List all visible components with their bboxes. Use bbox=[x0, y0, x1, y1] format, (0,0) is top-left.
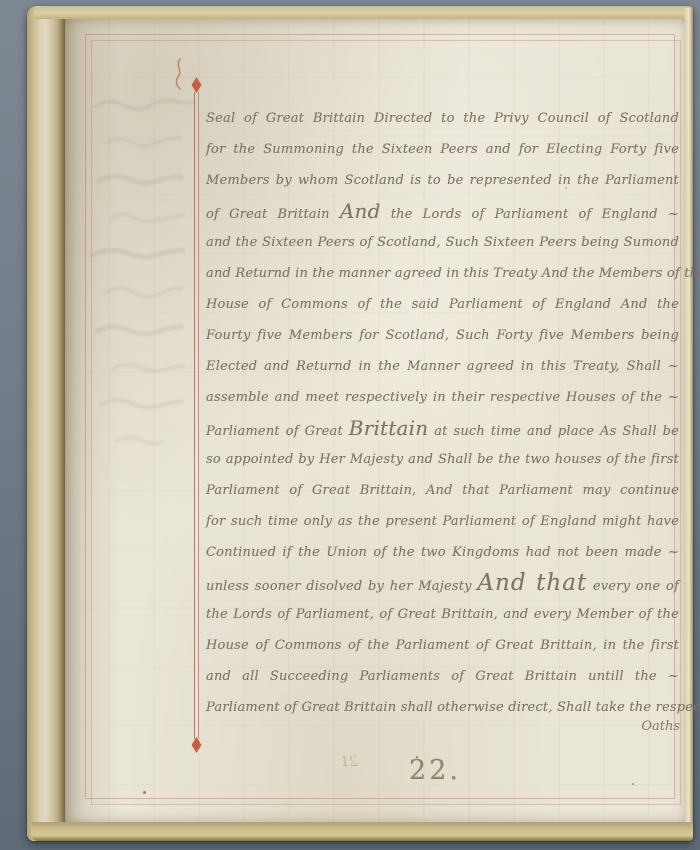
manuscript-line: and Returnd in the manner agreed in this… bbox=[206, 258, 679, 289]
manuscript-line-segment: Members by whom Scotland is to be repres… bbox=[206, 173, 679, 188]
manuscript-line-segment: at such time and place As Shall be bbox=[428, 424, 679, 439]
manuscript-line-segment: House of Commons of the Parliament of Gr… bbox=[206, 638, 679, 653]
manuscript-line-segment: Elected and Returnd in the Manner agreed… bbox=[206, 359, 679, 374]
catchword: Oaths bbox=[505, 719, 680, 734]
manuscript-line: Parliament of Great Brittain at such tim… bbox=[206, 413, 679, 444]
manuscript-line-segment: Parliament of Great Brittain shall other… bbox=[206, 700, 700, 715]
manuscript-line: so appointed by Her Majesty and Shall be… bbox=[206, 444, 679, 475]
dust-speck bbox=[565, 187, 567, 189]
manuscript-line: Members by whom Scotland is to be repres… bbox=[206, 165, 679, 196]
manuscript-line-segment: for such time only as the present Parlia… bbox=[206, 514, 679, 529]
manuscript-line: of Great Brittain And the Lords of Parli… bbox=[206, 196, 679, 227]
manuscript-line: Seal of Great Brittain Directed to the P… bbox=[206, 103, 679, 134]
scan-background: 21 Seal of Great Brittain Directed to th… bbox=[0, 0, 700, 850]
manuscript-line-segment: the Lords of Parliament of England ~ bbox=[381, 207, 679, 222]
manuscript-line: for the Summoning the Sixteen Peers and … bbox=[206, 134, 679, 165]
parchment-surface: 21 Seal of Great Brittain Directed to th… bbox=[65, 19, 685, 822]
manuscript-line-segment: and all Succeeding Parliaments of Great … bbox=[206, 669, 679, 684]
manuscript-line-segment: the Lords of Parliament, of Great Britta… bbox=[206, 607, 679, 622]
manuscript-line-segment: And that bbox=[477, 570, 587, 596]
manuscript-line: unless sooner disolved by her Majesty An… bbox=[206, 568, 679, 599]
manuscript-line-segment: And bbox=[340, 199, 381, 223]
page-binding-edge bbox=[27, 6, 65, 841]
manuscript-line: and all Succeeding Parliaments of Great … bbox=[206, 661, 679, 692]
manuscript-line-segment: Parliament of Great bbox=[206, 424, 349, 439]
manuscript-page: 21 Seal of Great Brittain Directed to th… bbox=[27, 6, 693, 841]
manuscript-line-segment: Brittain bbox=[349, 416, 429, 440]
manuscript-line-segment: Seal of Great Brittain Directed to the P… bbox=[206, 111, 679, 126]
dust-speck bbox=[416, 756, 418, 758]
manuscript-line: Fourty five Members for Scotland, Such F… bbox=[206, 320, 679, 351]
dust-speck bbox=[143, 791, 146, 794]
manuscript-line-segment: assemble and meet respectively in their … bbox=[206, 390, 679, 405]
red-margin-rule bbox=[194, 92, 195, 739]
manuscript-line-segment: Fourty five Members for Scotland, Such F… bbox=[206, 328, 679, 343]
manuscript-line-segment: Parliament of Great Brittain, And that P… bbox=[206, 483, 679, 498]
manuscript-line-segment: and the Sixteen Peers of Scotland, Such … bbox=[206, 235, 679, 250]
manuscript-line-segment: so appointed by Her Majesty and Shall be… bbox=[206, 452, 679, 467]
manuscript-line: Parliament of Great Brittain, And that P… bbox=[206, 475, 679, 506]
manuscript-line: House of Commons of the Parliament of Gr… bbox=[206, 630, 679, 661]
manuscript-line: and the Sixteen Peers of Scotland, Such … bbox=[206, 227, 679, 258]
dust-speck bbox=[632, 783, 634, 785]
page-top-edge bbox=[33, 6, 691, 19]
manuscript-line: for such time only as the present Parlia… bbox=[206, 506, 679, 537]
margin-rule-top-finial bbox=[192, 77, 202, 93]
manuscript-line-segment: and Returnd in the manner agreed in this… bbox=[206, 266, 700, 281]
manuscript-line: assemble and meet respectively in their … bbox=[206, 382, 679, 413]
manuscript-line-segment: of Great Brittain bbox=[206, 207, 340, 222]
manuscript-line-segment: for the Summoning the Sixteen Peers and … bbox=[206, 142, 679, 157]
bleed-through-texture bbox=[77, 85, 207, 505]
margin-rule-bottom-finial bbox=[192, 737, 202, 753]
page-number: 22. bbox=[385, 755, 485, 786]
page-bottom-edge bbox=[31, 822, 693, 841]
manuscript-line-segment: Continued if the Union of the two Kingdo… bbox=[206, 545, 679, 560]
manuscript-lines: Seal of Great Brittain Directed to the P… bbox=[206, 103, 679, 723]
manuscript-line: the Lords of Parliament, of Great Britta… bbox=[206, 599, 679, 630]
manuscript-line-segment: unless sooner disolved by her Majesty bbox=[206, 579, 477, 594]
red-squiggle-mark bbox=[171, 57, 191, 91]
red-margin-rule-second bbox=[198, 92, 199, 739]
manuscript-line: House of Commons of the said Parliament … bbox=[206, 289, 679, 320]
manuscript-line: Elected and Returnd in the Manner agreed… bbox=[206, 351, 679, 382]
manuscript-line-segment: every one of bbox=[587, 579, 679, 594]
manuscript-line-segment: House of Commons of the said Parliament … bbox=[206, 297, 679, 312]
bleed-through-page-number: 21 bbox=[328, 754, 358, 770]
manuscript-line: Continued if the Union of the two Kingdo… bbox=[206, 537, 679, 568]
